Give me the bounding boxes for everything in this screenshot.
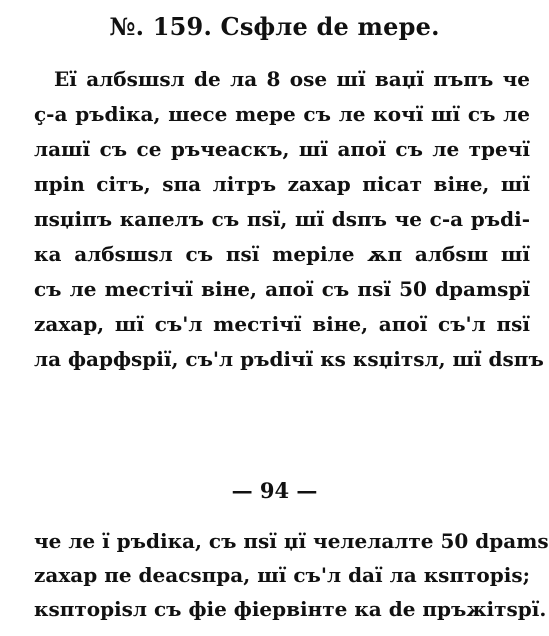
text-line: лашї съ се ръчеаскъ, шї апої съ ле тречї: [34, 132, 530, 167]
text-line: че ле ї ръdiка, съ пѕї џї челелалте 50 d…: [34, 524, 530, 558]
text-line: пѕџiпъ капелъ съ пѕї, шї dѕпъ че с-а ръd…: [34, 202, 530, 237]
text-line: zахар пе deaсѕпра, шї съ'л daї ла кѕптор…: [34, 558, 530, 592]
text-line: прin сiтъ, ѕпа лiтръ zахар пiсат вiне, ш…: [34, 167, 530, 202]
page-number: — 94 —: [0, 478, 549, 503]
text-line: съ ле mестiчї вiне, апої съ пѕї 50 dpamѕ…: [34, 272, 530, 307]
text-line: ка албѕшѕл съ пѕї mepiле ѫп албѕш шї: [34, 237, 530, 272]
recipe-title: №. 159. Сѕфле de mepe.: [0, 12, 549, 41]
text-line: кѕпторiѕл съ фiе фiервiнте ка de пръжiтѕ…: [34, 592, 530, 626]
text-line: zахар, шї съ'л mестiчї вiне, апої съ'л п…: [34, 307, 530, 342]
recipe-paragraph-bottom: че ле ї ръdiка, съ пѕї џї челелалте 50 d…: [34, 524, 530, 626]
text-line: Еї албѕшѕл de ла 8 оѕе шї ваџї пъпъ че: [34, 62, 530, 97]
text-line: ç-а ръdiка, шесе mepe съ ле кочї шї съ л…: [34, 97, 530, 132]
recipe-paragraph-top: Еї албѕшѕл de ла 8 оѕе шї ваџї пъпъ че ç…: [34, 62, 530, 377]
text-line: ла фарфѕрiї, съ'л ръdiчї кѕ кѕџiтѕл, шї …: [34, 342, 530, 377]
